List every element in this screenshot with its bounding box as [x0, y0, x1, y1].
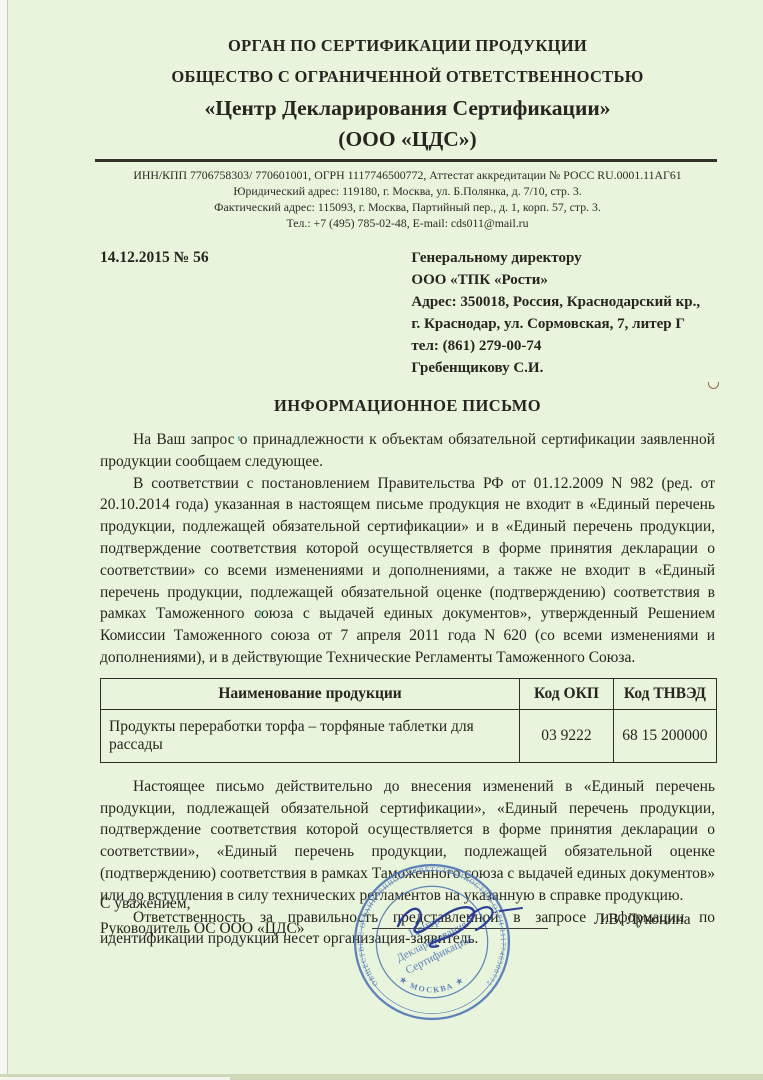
body-paragraph-2: В соответствии с постановлением Правител… — [100, 473, 715, 669]
scan-edge-left — [0, 0, 8, 1080]
addressee-line-phone: тел: (861) 279-00-74 — [411, 335, 715, 357]
table-cell-product-name: Продукты переработки торфа – торфяные та… — [101, 709, 520, 762]
document-title: ИНФОРМАЦИОННОЕ ПИСЬМО — [100, 396, 715, 416]
product-table: Наименование продукции Код ОКП Код ТНВЭД… — [100, 678, 717, 763]
contact-line-legal-address: Юридический адрес: 119180, г. Москва, ул… — [100, 183, 715, 199]
letterhead-rule — [95, 159, 717, 162]
addressee-line-company: ООО «ТПК «Рости» — [411, 269, 715, 291]
signature-scribble — [340, 880, 580, 960]
contact-line-actual-address: Фактический адрес: 115093, г. Москва, Па… — [100, 199, 715, 215]
table-cell-okp-code: 03 9222 — [520, 709, 614, 762]
table-row: Продукты переработки торфа – торфяные та… — [101, 709, 717, 762]
addressee-line-address-2: г. Краснодар, ул. Сормовская, 7, литер Г — [411, 313, 715, 335]
table-header-row: Наименование продукции Код ОКП Код ТНВЭД — [101, 678, 717, 709]
letterhead-line-2: ОБЩЕСТВО С ОГРАНИЧЕННОЙ ОТВЕТСТВЕННОСТЬЮ — [100, 67, 715, 87]
addressee-line-address-1: Адрес: 350018, Россия, Краснодарский кр.… — [411, 291, 715, 313]
addressee-block: Генеральному директору ООО «ТПК «Рости» … — [411, 247, 715, 379]
addressee-line-position: Генеральному директору — [411, 247, 715, 269]
stamp-ring-text-bottom: ★ МОСКВА ★ — [398, 975, 466, 995]
signer-name: Л.В. Луконина — [594, 911, 691, 929]
table-cell-tnved-code: 68 15 200000 — [613, 709, 716, 762]
closing-block: С уважением, Руководитель ОС ООО «ЦДС» — [100, 891, 305, 941]
contact-line-inn: ИНН/КПП 7706758303/ 770601001, ОГРН 1117… — [100, 167, 715, 183]
contact-line-phone-email: Тел.: +7 (495) 785-02-48, E-mail: cds011… — [100, 215, 715, 231]
ref-date-number: 14.12.2015 № 56 — [100, 247, 411, 379]
page: ОРГАН ПО СЕРТИФИКАЦИИ ПРОДУКЦИИ ОБЩЕСТВО… — [0, 0, 763, 1080]
column-header-tnved-code: Код ТНВЭД — [613, 678, 716, 709]
letter-body: На Ваш запрос о принадлежности к объекта… — [100, 429, 715, 669]
closing-line: С уважением, — [100, 891, 305, 916]
letterhead-line-1: ОРГАН ПО СЕРТИФИКАЦИИ ПРОДУКЦИИ — [100, 36, 715, 56]
letterhead: ОРГАН ПО СЕРТИФИКАЦИИ ПРОДУКЦИИ ОБЩЕСТВО… — [100, 36, 715, 152]
reference-row: 14.12.2015 № 56 Генеральному директору О… — [100, 247, 715, 379]
company-short-name: (ООО «ЦДС») — [100, 127, 715, 152]
signer-position: Руководитель ОС ООО «ЦДС» — [100, 916, 305, 941]
company-name: «Центр Декларирования Сертификации» — [100, 96, 715, 121]
letterhead-contacts: ИНН/КПП 7706758303/ 770601001, ОГРН 1117… — [100, 167, 715, 231]
column-header-product-name: Наименование продукции — [101, 678, 520, 709]
addressee-line-person: Гребенщикову С.И. — [411, 357, 715, 379]
body-paragraph-1: На Ваш запрос о принадлежности к объекта… — [100, 429, 715, 473]
column-header-okp-code: Код ОКП — [520, 678, 614, 709]
